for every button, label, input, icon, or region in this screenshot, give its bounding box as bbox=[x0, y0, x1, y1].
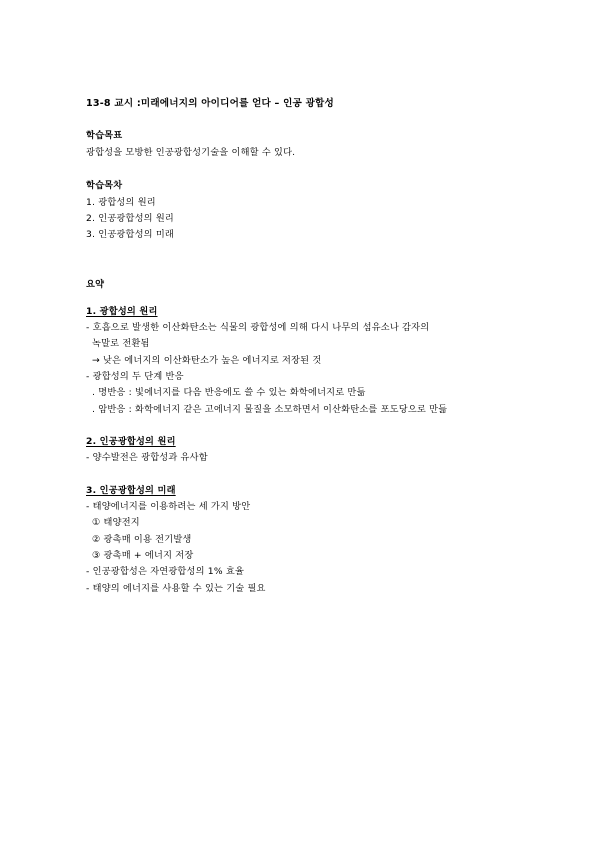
summary-section-1-line: 녹말로 전환됨 bbox=[92, 338, 150, 350]
contents-item-1: 1. 광합성의 원리 bbox=[86, 197, 156, 209]
summary-heading: 요약 bbox=[86, 279, 104, 291]
summary-section-1-line: - 호흡으로 발생한 이산화탄소는 식물의 광합성에 의해 다시 나무의 섬유소… bbox=[86, 322, 429, 334]
summary-section-3-line: ③ 광촉매 + 에너지 저장 bbox=[92, 550, 193, 562]
document-title: 13-8 교시 :미래에너지의 아이디어를 얻다 – 인공 광합성 bbox=[86, 98, 334, 110]
summary-section-2-title: 2. 인공광합성의 원리 bbox=[86, 436, 176, 448]
summary-section-2-line: - 양수발전은 광합성과 유사함 bbox=[86, 452, 208, 464]
summary-section-3-line: - 태양에너지를 이용하려는 세 가지 방안 bbox=[86, 501, 250, 513]
contents-item-2: 2. 인공광합성의 원리 bbox=[86, 213, 174, 225]
summary-section-1-title: 1. 광합성의 원리 bbox=[86, 306, 158, 318]
summary-section-3-line: - 인공광합성은 자연광합성의 1% 효율 bbox=[86, 566, 244, 578]
summary-section-1-line: . 명반응 : 빛에너지를 다음 반응에도 쓸 수 있는 화학에너지로 만듦 bbox=[92, 387, 366, 399]
summary-section-3-line: ① 태양전지 bbox=[92, 517, 140, 529]
learning-goal-heading: 학습목표 bbox=[86, 130, 122, 142]
summary-section-3-line: - 태양의 에너지를 사용할 수 있는 기술 필요 bbox=[86, 583, 266, 595]
summary-section-1-line: → 낮은 에너지의 이산화탄소가 높은 에너지로 저장된 것 bbox=[92, 355, 321, 367]
learning-goal-text: 광합성을 모방한 인공광합성기술을 이해할 수 있다. bbox=[86, 147, 295, 159]
summary-section-1-line: - 광합성의 두 단계 반응 bbox=[86, 371, 184, 383]
contents-heading: 학습목차 bbox=[86, 180, 122, 192]
summary-section-1-line: . 암반응 : 화학에너지 같은 고에너지 물질을 소모하면서 이산화탄소를 포… bbox=[92, 404, 447, 416]
document-page: 13-8 교시 :미래에너지의 아이디어를 얻다 – 인공 광합성 학습목표 광… bbox=[0, 0, 595, 841]
summary-section-3-title: 3. 인공광합성의 미래 bbox=[86, 485, 176, 497]
contents-item-3: 3. 인공광합성의 미래 bbox=[86, 229, 174, 241]
summary-section-3-line: ② 광촉매 이용 전기발생 bbox=[92, 534, 191, 546]
